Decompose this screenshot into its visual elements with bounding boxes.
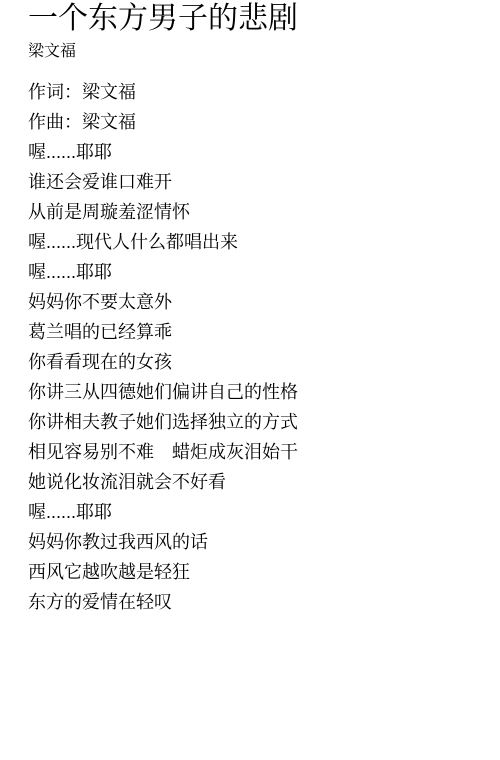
lyric-line: 你看看现在的女孩 [28,347,490,377]
credit-line: 作词：梁文福 [28,77,490,107]
artist-name: 梁文福 [28,41,490,63]
lyric-line: 妈妈你不要太意外 [28,287,490,317]
lyric-line: 她说化妆流泪就会不好看 [28,467,490,497]
lyric-line: 你讲三从四德她们偏讲自己的性格 [28,377,490,407]
lyrics-lines: 喔......耶耶谁还会爱谁口难开从前是周璇羞涩情怀喔......现代人什么都唱… [28,137,490,617]
lyric-line: 喔......现代人什么都唱出来 [28,227,490,257]
page-title: 一个东方男子的悲剧 [28,0,490,38]
lyric-line: 喔......耶耶 [28,137,490,167]
lyric-line: 从前是周璇羞涩情怀 [28,197,490,227]
lyric-line: 你讲相夫教子她们选择独立的方式 [28,407,490,437]
credit-line: 作曲：梁文福 [28,107,490,137]
lyric-line: 谁还会爱谁口难开 [28,167,490,197]
lyric-line: 西风它越吹越是轻狂 [28,557,490,587]
lyric-line: 东方的爱情在轻叹 [28,587,490,617]
lyrics-page: 一个东方男子的悲剧 梁文福 作词：梁文福作曲：梁文福 喔......耶耶谁还会爱… [0,0,500,760]
lyric-line: 喔......耶耶 [28,497,490,527]
credits: 作词：梁文福作曲：梁文福 [28,77,490,137]
lyric-line: 葛兰唱的已经算乖 [28,317,490,347]
lyric-line: 相见容易别不难 蜡炬成灰泪始干 [28,437,490,467]
lyric-line: 妈妈你教过我西风的话 [28,527,490,557]
lyric-line: 喔......耶耶 [28,257,490,287]
lyrics-body: 作词：梁文福作曲：梁文福 喔......耶耶谁还会爱谁口难开从前是周璇羞涩情怀喔… [28,77,490,617]
